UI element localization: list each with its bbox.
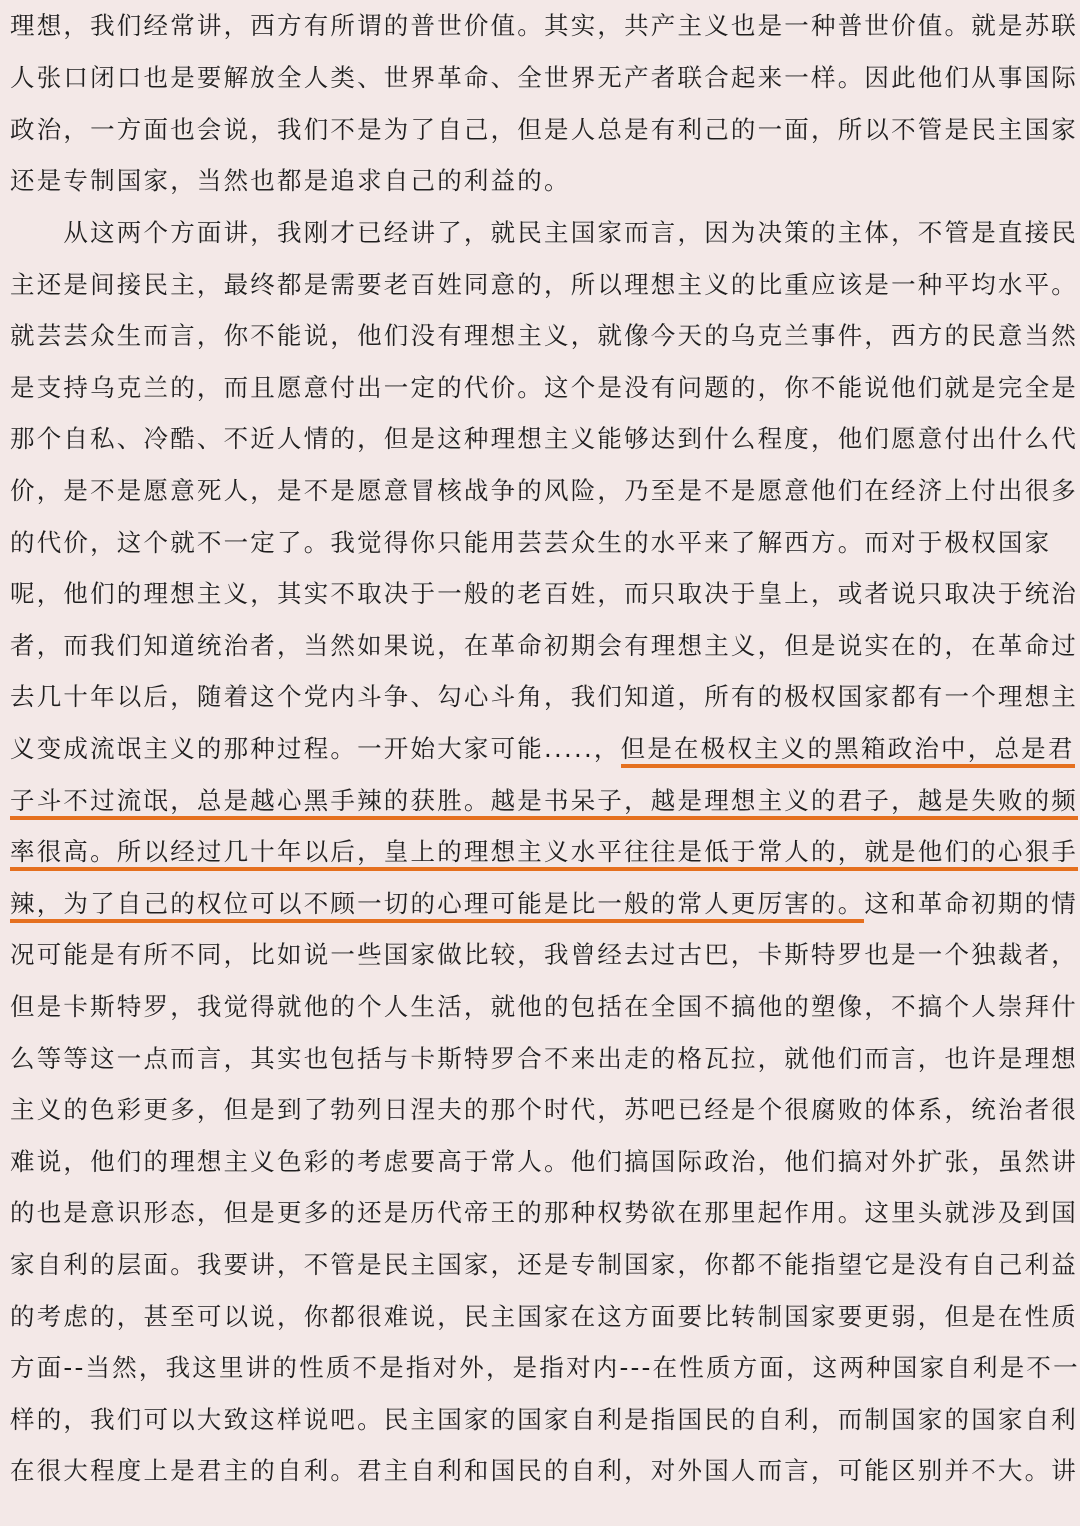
- text-line: 政治，一方面也会说，我们不是为了自己，但是人总是有利己的一面，所以不管是民主国家: [10, 104, 1078, 156]
- text-line: 就芸芸众生而言，你不能说，他们没有理想主义，就像今天的乌克兰事件，西方的民意当然: [10, 310, 1078, 362]
- text-line: 价，是不是愿意死人，是不是愿意冒核战争的风险，乃至是不是愿意他们在经济上付出很多: [10, 465, 1078, 517]
- highlighted-text: 率很高。所以经过几十年以后，皇上的理想主义水平往往是低于常人的，就是他们的心狠手: [10, 837, 1078, 871]
- highlighted-text: 辣，为了自己的权位可以不顾一切的心理可能是比一般的常人更厉害的。: [10, 889, 864, 923]
- text-line: 还是专制国家，当然也都是追求自己的利益的。: [10, 155, 571, 207]
- text-line: 家自利的层面。我要讲，不管是民主国家，还是专制国家，你都不能指望它是没有自己利益: [10, 1239, 1078, 1291]
- text-line: 义变成流氓主义的那种过程。一开始大家可能.....，但是在极权主义的黑箱政治中，…: [10, 723, 1075, 775]
- text-line: 人张口闭口也是要解放全人类、世界革命、全世界无产者联合起来一样。因此他们从事国际: [10, 52, 1078, 104]
- text-line: 率很高。所以经过几十年以后，皇上的理想主义水平往往是低于常人的，就是他们的心狠手: [10, 826, 1078, 878]
- text-line: 者，而我们知道统治者，当然如果说，在革命初期会有理想主义，但是说实在的，在革命过: [10, 620, 1078, 672]
- text-line: 况可能是有所不同，比如说一些国家做比较，我曾经去过古巴，卡斯特罗也是一个独裁者，: [10, 929, 1078, 981]
- plain-text: 义变成流氓主义的那种过程。一开始大家可能.....，: [10, 734, 621, 763]
- text-line: 在很大程度上是君主的自利。君主自利和国民的自利，对外国人而言，可能区别并不大。讲: [10, 1445, 1078, 1497]
- document-page: 理想，我们经常讲，西方有所谓的普世价值。其实，共产主义也是一种普世价值。就是苏联…: [0, 0, 1080, 1526]
- text-line: 辣，为了自己的权位可以不顾一切的心理可能是比一般的常人更厉害的。这和革命初期的情: [10, 878, 1078, 930]
- text-line: 难说，他们的理想主义色彩的考虑要高于常人。他们搞国际政治，他们搞对外扩张，虽然讲: [10, 1136, 1078, 1188]
- text-line: 呢，他们的理想主义，其实不取决于一般的老百姓，而只取决于皇上，或者说只取决于统治: [10, 568, 1078, 620]
- text-line: 方面--当然，我这里讲的性质不是指对外，是指对内---在性质方面，这两种国家自利…: [10, 1342, 1080, 1394]
- text-line: 的代价，这个就不一定了。我觉得你只能用芸芸众生的水平来了解西方。而对于极权国家: [10, 517, 1051, 569]
- text-line: 子斗不过流氓，总是越心黑手辣的获胜。越是书呆子，越是理想主义的君子，越是失败的频: [10, 775, 1078, 827]
- text-line: 么等等这一点而言，其实也包括与卡斯特罗合不来出走的格瓦拉，就他们而言，也许是理想: [10, 1033, 1078, 1085]
- text-line: 主义的色彩更多，但是到了勃列日涅夫的那个时代，苏吧已经是个很腐败的体系，统治者很: [10, 1084, 1078, 1136]
- plain-text: 这和革命初期的情: [864, 889, 1078, 918]
- highlighted-text: 但是在极权主义的黑箱政治中，总是君: [621, 734, 1075, 768]
- text-line: 去几十年以后，随着这个党内斗争、勾心斗角，我们知道，所有的极权国家都有一个理想主: [10, 671, 1078, 723]
- text-line: 的考虑的，甚至可以说，你都很难说，民主国家在这方面要比转制国家要更弱，但是在性质: [10, 1291, 1078, 1343]
- text-line: 是支持乌克兰的，而且愿意付出一定的代价。这个是没有问题的，你不能说他们就是完全是: [10, 362, 1078, 414]
- text-line: 理想，我们经常讲，西方有所谓的普世价值。其实，共产主义也是一种普世价值。就是苏联: [10, 0, 1078, 52]
- paragraph-start-line: 从这两个方面讲，我刚才已经讲了，就民主国家而言，因为决策的主体，不管是直接民: [10, 207, 1078, 259]
- text-line: 那个自私、冷酷、不近人情的，但是这种理想主义能够达到什么程度，他们愿意付出什么代: [10, 413, 1078, 465]
- text-line: 但是卡斯特罗，我觉得就他的个人生活，就他的包括在全国不搞他的塑像，不搞个人崇拜什: [10, 981, 1078, 1033]
- highlighted-text: 子斗不过流氓，总是越心黑手辣的获胜。越是书呆子，越是理想主义的君子，越是失败的频: [10, 786, 1078, 820]
- text-line: 的也是意识形态，但是更多的还是历代帝王的那种权势欲在那里起作用。这里头就涉及到国: [10, 1187, 1078, 1239]
- text-line: 主还是间接民主，最终都是需要老百姓同意的，所以理想主义的比重应该是一种平均水平。: [10, 259, 1078, 311]
- text-line: 样的，我们可以大致这样说吧。民主国家的国家自利是指国民的自利，而制国家的国家自利: [10, 1394, 1078, 1446]
